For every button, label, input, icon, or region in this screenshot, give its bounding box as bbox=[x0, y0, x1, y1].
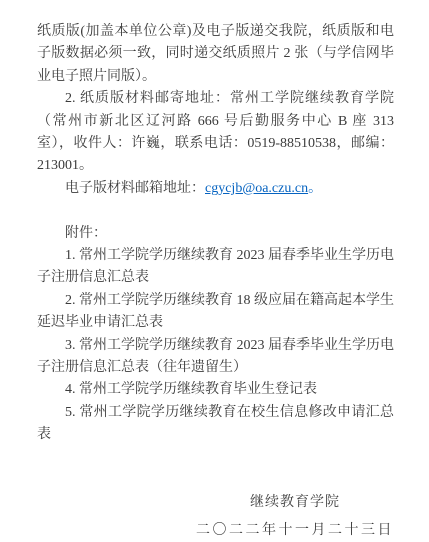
email-suffix-punctuation: 。 bbox=[308, 181, 322, 196]
signature-block: 继续教育学院 二〇二二年十一月二十三日 bbox=[196, 492, 394, 542]
attachment-item-5: 5. 常州工学院学历继续教育在校生信息修改申请汇总表 bbox=[37, 402, 394, 447]
signature-date: 二〇二二年十一月二十三日 bbox=[196, 520, 394, 542]
attachments-heading: 附件： bbox=[37, 223, 394, 245]
document-page: 纸质版(加盖本单位公章)及电子版递交我院，纸质版和电子版数据必须一致，同时递交纸… bbox=[0, 0, 429, 542]
attachment-item-4: 4. 常州工学院学历继续教育毕业生登记表 bbox=[37, 379, 394, 401]
attachment-item-1: 1. 常州工学院学历继续教育 2023 届春季毕业生学历电子注册信息汇总表 bbox=[37, 245, 394, 290]
email-address-label: 电子版材料邮箱地址： bbox=[65, 181, 205, 196]
paragraph-mailing-address: 2. 纸质版材料邮寄地址：常州工学院继续教育学院（常州市新北区辽河路 666 号… bbox=[37, 88, 394, 178]
attachment-item-2: 2. 常州工学院学历继续教育 18 级应届在籍高起本学生延迟毕业申请汇总表 bbox=[37, 290, 394, 335]
paragraph-submission-requirements: 纸质版(加盖本单位公章)及电子版递交我院，纸质版和电子版数据必须一致，同时递交纸… bbox=[37, 21, 394, 88]
paragraph-email-address: 电子版材料邮箱地址：cgycjb@oa.czu.cn。 bbox=[37, 178, 394, 200]
attachment-item-3: 3. 常州工学院学历继续教育 2023 届春季毕业生学历电子注册信息汇总表（往年… bbox=[37, 335, 394, 380]
email-link[interactable]: cgycjb@oa.czu.cn bbox=[205, 181, 308, 196]
signature-department-name: 继续教育学院 bbox=[196, 492, 394, 514]
